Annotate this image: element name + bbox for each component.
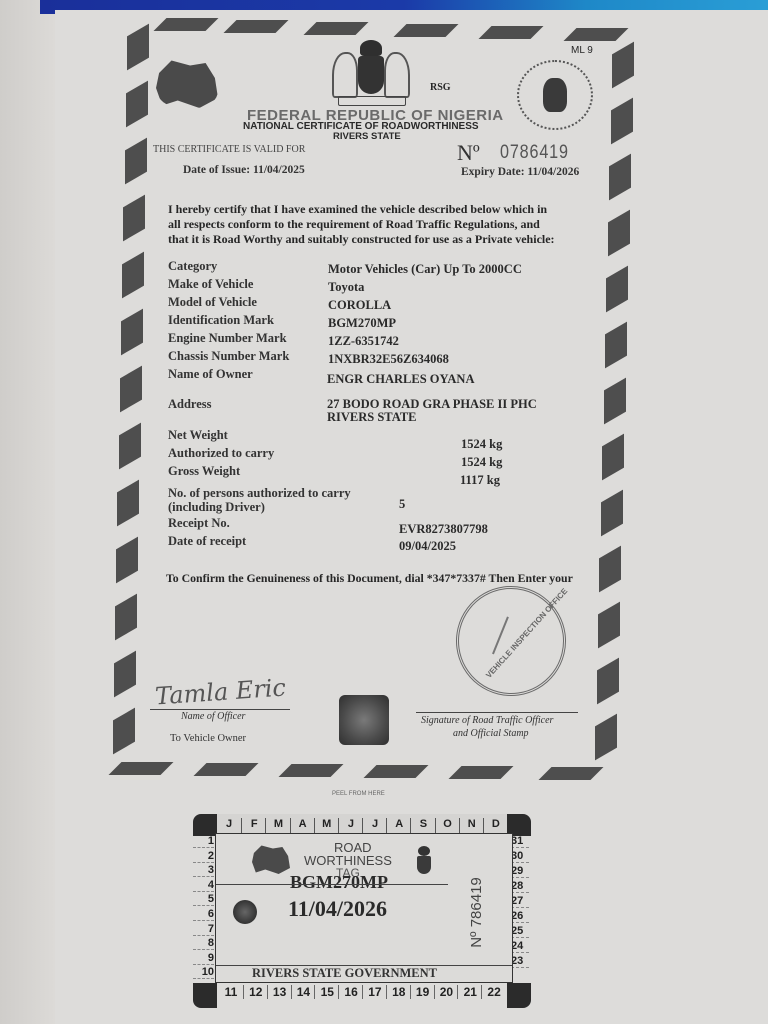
- tag-day-cell: 18: [386, 985, 411, 999]
- field-value-category: Motor Vehicles (Car) Up To 2000CC: [328, 262, 522, 277]
- tag-corner: [193, 983, 217, 1008]
- officer-name-label: Name of Officer: [181, 711, 245, 722]
- tag-day-cell: 24: [511, 940, 529, 953]
- field-value-owner: ENGR CHARLES OYANA: [327, 372, 474, 387]
- tag-day-cell: 5: [193, 893, 214, 906]
- tag-month-cell: D: [483, 818, 508, 834]
- certification-statement: I hereby certify that I have examined th…: [168, 202, 555, 247]
- tag-body: ROAD WORTHINESS TAG BGM270MP 11/04/2026 …: [215, 833, 513, 983]
- field-value-authorized-carry: 1524 kg: [461, 455, 502, 470]
- field-label-receipt-no: Receipt No.: [168, 516, 230, 531]
- rto-signature-line: [416, 712, 578, 713]
- header-state: RIVERS STATE: [333, 131, 401, 142]
- field-label-gross-weight: Gross Weight: [168, 464, 240, 479]
- field-label-make: Make of Vehicle: [168, 277, 253, 292]
- tag-month-cell: J: [217, 818, 241, 834]
- field-value-model: COROLLA: [328, 298, 391, 313]
- official-seal-emblem: [339, 695, 389, 745]
- tag-month-cell: F: [241, 818, 266, 834]
- tag-day-cell: 29: [511, 865, 529, 878]
- field-value-persons: 5: [399, 497, 405, 512]
- tag-day-cell: 21: [457, 985, 482, 999]
- expiry-date: Expiry Date: 11/04/2026: [461, 166, 579, 178]
- tag-day-cell: 20: [434, 985, 459, 999]
- tag-day-cell: 19: [410, 985, 435, 999]
- field-value-engine: 1ZZ-6351742: [328, 334, 399, 349]
- tag-day-cell: 22: [481, 985, 506, 999]
- tag-day-cell: 7: [193, 923, 214, 936]
- adjacent-page: [0, 0, 56, 1024]
- field-label-model: Model of Vehicle: [168, 295, 257, 310]
- tag-day-cell: 31: [511, 835, 529, 848]
- serial-number: 0786419: [500, 142, 569, 164]
- nigeria-seal-icon: [517, 60, 593, 130]
- field-label-category: Category: [168, 259, 217, 274]
- tag-month-cell: O: [435, 818, 460, 834]
- vehicle-owner-label: To Vehicle Owner: [170, 733, 246, 744]
- tag-day-cell: 23: [511, 955, 529, 968]
- field-label-receipt-date: Date of receipt: [168, 534, 246, 549]
- tag-plate-number: BGM270MP: [290, 872, 388, 893]
- tag-day-cell: 30: [511, 850, 529, 863]
- tag-bottom-days: 111213141516171819202122: [219, 982, 505, 1004]
- coat-of-arms-icon: [330, 40, 412, 106]
- rivers-state-map-logo: [252, 844, 290, 874]
- tag-day-cell: 13: [267, 985, 292, 999]
- field-label-engine: Engine Number Mark: [168, 331, 287, 346]
- tag-month-cell: J: [362, 818, 387, 834]
- tag-day-cell: 25: [511, 925, 529, 938]
- rto-signature-label-line1: Signature of Road Traffic Officer: [421, 715, 553, 726]
- field-value-make: Toyota: [328, 280, 364, 295]
- tag-month-cell: A: [290, 818, 315, 834]
- tag-month-cell: M: [314, 818, 339, 834]
- tag-month-cell: A: [386, 818, 411, 834]
- field-label-persons-line2: (including Driver): [168, 500, 265, 515]
- field-label-persons-line1: No. of persons authorized to carry: [168, 486, 351, 501]
- tag-day-cell: 16: [338, 985, 363, 999]
- field-label-authorized-carry: Authorized to carry: [168, 446, 274, 461]
- field-value-gross-weight: 1117 kg: [460, 473, 500, 488]
- tag-left-days: 12345678910: [193, 835, 215, 982]
- tag-day-cell: 3: [193, 864, 214, 877]
- tag-day-cell: 10: [193, 966, 214, 979]
- peel-from-here-label: PEEL FROM HERE: [332, 791, 385, 797]
- field-value-receipt-date: 09/04/2025: [399, 539, 456, 554]
- tag-month-cell: N: [459, 818, 484, 834]
- field-label-owner: Name of Owner: [168, 367, 253, 382]
- field-value-net-weight: 1524 kg: [461, 437, 502, 452]
- tag-day-cell: 17: [362, 985, 387, 999]
- form-code: ML 9: [571, 45, 593, 56]
- valid-for-label: THIS CERTIFICATE IS VALID FOR: [153, 144, 305, 155]
- tag-day-cell: 12: [243, 985, 268, 999]
- tag-footer: RIVERS STATE GOVERNMENT: [252, 966, 437, 981]
- field-label-chassis: Chassis Number Mark: [168, 349, 289, 364]
- tag-expiry-date: 11/04/2026: [288, 896, 387, 922]
- field-label-identification: Identification Mark: [168, 313, 274, 328]
- tag-corner: [193, 814, 217, 836]
- tag-day-cell: 28: [511, 880, 529, 893]
- rto-signature-label-line2: and Official Stamp: [453, 728, 529, 739]
- officer-signature-line: [150, 709, 290, 710]
- tag-month-cell: S: [410, 818, 435, 834]
- tag-months-row: JFMAMJJASOND: [217, 814, 507, 835]
- genuineness-instruction: To Confirm the Genuineness of this Docum…: [166, 571, 573, 586]
- field-value-receipt-no: EVR8273807798: [399, 522, 488, 537]
- coat-of-arms-icon: [406, 844, 442, 878]
- tag-divider: [216, 884, 448, 885]
- tag-corner: [507, 983, 531, 1008]
- tag-day-cell: 8: [193, 937, 214, 950]
- roadworthiness-tag: JFMAMJJASOND 12345678910 313029282726252…: [193, 806, 531, 1008]
- tag-day-cell: 6: [193, 908, 214, 921]
- tag-month-cell: J: [338, 818, 363, 834]
- field-label-address: Address: [168, 397, 212, 412]
- tag-day-cell: 15: [314, 985, 339, 999]
- field-value-address-line2: RIVERS STATE: [327, 410, 417, 425]
- tag-qr-seal: [233, 900, 257, 924]
- date-of-issue: Date of Issue: 11/04/2025: [183, 164, 305, 176]
- tag-day-cell: 14: [291, 985, 316, 999]
- rsg-label: RSG: [430, 82, 451, 93]
- field-label-net-weight: Net Weight: [168, 428, 228, 443]
- tag-day-cell: 26: [511, 910, 529, 923]
- tag-day-cell: 27: [511, 895, 529, 908]
- tag-day-cell: 1: [193, 835, 214, 848]
- tag-day-cell: 11: [219, 985, 243, 999]
- tag-serial-number: Nº 786419: [468, 877, 485, 948]
- tag-right-days: 313029282726252423: [511, 835, 531, 970]
- field-value-identification: BGM270MP: [328, 316, 396, 331]
- tag-day-cell: 2: [193, 850, 214, 863]
- serial-prefix: Nº: [457, 140, 480, 166]
- tag-day-cell: 4: [193, 879, 214, 892]
- field-value-chassis: 1NXBR32E56Z634068: [328, 352, 449, 367]
- tag-month-cell: M: [265, 818, 290, 834]
- tag-day-cell: 9: [193, 952, 214, 965]
